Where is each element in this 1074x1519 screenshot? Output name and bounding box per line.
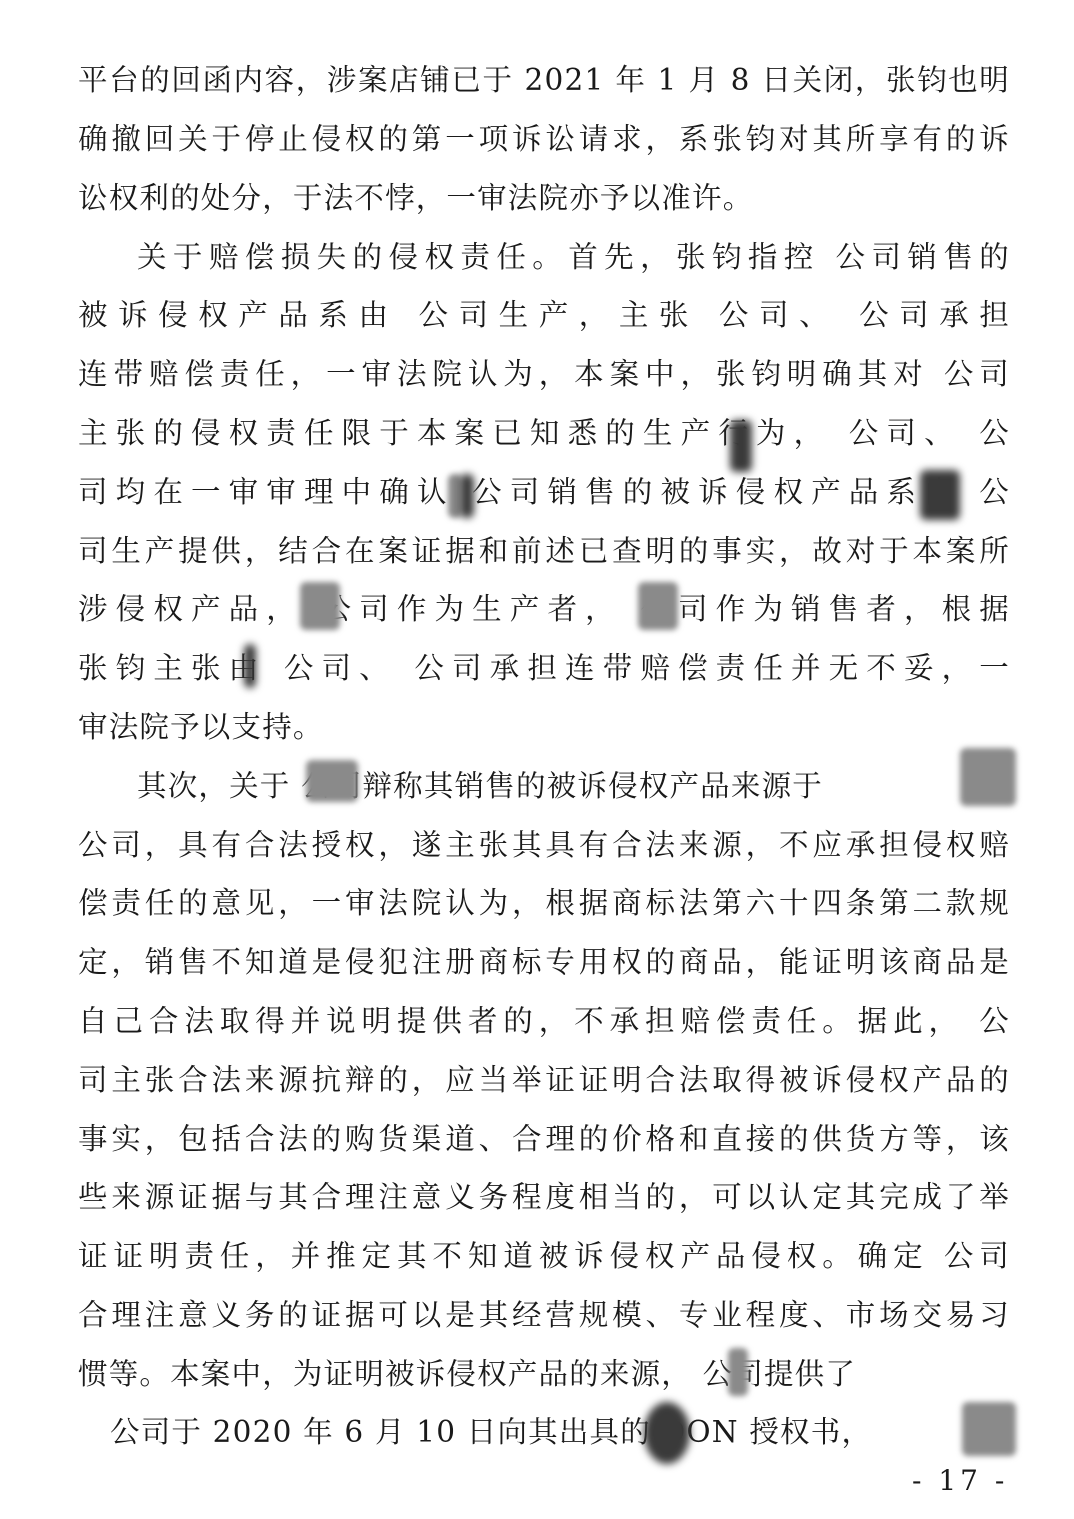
redaction-mark — [460, 474, 474, 518]
text-line: 涉侵权产品， 公司作为生产者， 公司作为销售者，根据 — [78, 587, 1010, 631]
redaction-mark — [962, 1402, 1016, 1456]
text-line: 被诉侵权产品系由 公司生产，主张 公司、 公司承担 — [78, 293, 1010, 337]
text-line: 事实，包括合法的购货渠道、合理的价格和直接的供货方等，该 — [78, 1117, 1010, 1161]
text-line: 司生产提供，结合在案证据和前述已查明的事实，故对于本案所 — [78, 529, 1010, 573]
text-line: 公司，具有合法授权，遂主张其具有合法来源，不应承担侵权赔 — [78, 823, 1010, 867]
text-line: 司主张合法来源抗辩的，应当举证证明合法取得被诉侵权产品的 — [78, 1058, 1010, 1102]
document-page: 平台的回函内容，涉案店铺已于 2021 年 1 月 8 日关闭，张钧也明 确撤回… — [0, 0, 1074, 1519]
text-line: 些来源证据与其合理注意义务程度相当的，可以认定其完成了举 — [78, 1175, 1010, 1219]
redaction-mark — [306, 760, 358, 802]
text-line: 审法院予以支持。 — [78, 705, 1010, 749]
redaction-mark — [644, 1402, 690, 1464]
text-line: 合理注意义务的证据可以是其经营规模、专业程度、市场交易习 — [78, 1293, 1010, 1337]
text-line: 偿责任的意见，一审法院认为，根据商标法第六十四条第二款规 — [78, 881, 1010, 925]
redaction-mark — [728, 1348, 748, 1396]
text-line: 司均在一审审理中确认 公司销售的被诉侵权产品系由 公 — [78, 470, 1010, 514]
text-line: 主张的侵权责任限于本案已知悉的生产行为， 公司、 公 — [78, 411, 1010, 455]
paragraph-start-line: 关于赔偿损失的侵权责任。首先，张钧指控 公司销售的 — [137, 235, 1010, 279]
text-line: 确撤回关于停止侵权的第一项诉讼请求，系张钧对其所享有的诉 — [78, 117, 1010, 161]
text-line: 讼权利的处分，于法不悖，一审法院亦予以准许。 — [78, 176, 1010, 220]
text-line: 定，销售不知道是侵犯注册商标专用权的商品，能证明该商品是 — [78, 940, 1010, 984]
text-line: 自己合法取得并说明提供者的，不承担赔偿责任。据此， 公 — [78, 999, 1010, 1043]
page-number: - 17 - — [912, 1464, 1008, 1497]
redaction-mark — [638, 582, 678, 630]
paragraph-start-line: 其次，关于 公司辩称其销售的被诉侵权产品来源于 — [137, 764, 937, 808]
redaction-mark — [730, 420, 752, 472]
text-line: 张钧主张由 公司、 公司承担连带赔偿责任并无不妥，一 — [78, 646, 1010, 690]
text-line: 平台的回函内容，涉案店铺已于 2021 年 1 月 8 日关闭，张钧也明 — [78, 58, 1010, 102]
redaction-mark — [920, 470, 960, 520]
redaction-mark — [960, 748, 1016, 806]
text-line: 证证明责任，并推定其不知道被诉侵权产品侵权。确定 公司 — [78, 1234, 1010, 1278]
text-line: 公司于 2020 年 6 月 10 日向其出具的 DON 授权书， — [110, 1410, 940, 1454]
text-line: 惯等。本案中，为证明被诉侵权产品的来源， 公司提供了 — [78, 1352, 978, 1396]
redaction-mark — [300, 582, 340, 630]
text-line: 连带赔偿责任，一审法院认为，本案中，张钧明确其对 公司 — [78, 352, 1010, 396]
redaction-mark — [244, 644, 256, 688]
